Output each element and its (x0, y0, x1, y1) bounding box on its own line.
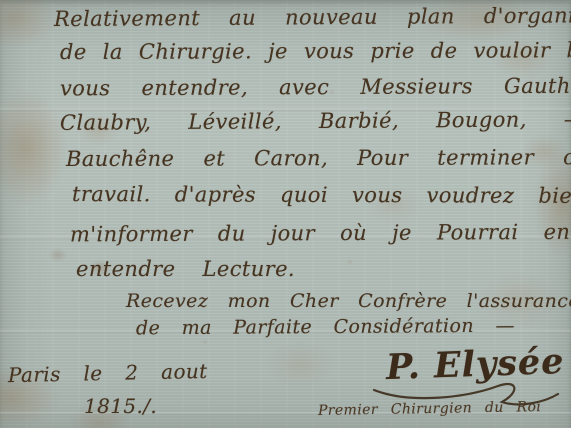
letter-line: de la Chirurgie. je vous prie de vouloir… (60, 38, 571, 64)
letter-line: Bauchêne et Caron, Pour terminer ce — (66, 145, 571, 171)
letter-line: Claubry, Léveillé, Barbié, Bougon, — (60, 107, 571, 135)
letter-line: travail. d'après quoi vous voudrez bien … (72, 182, 571, 208)
letter-scan: Relativement au nouveau plan d'organisat… (0, 0, 571, 428)
dateline-place: Paris le 2 aout (8, 359, 208, 387)
letter-closing-line: de ma Parfaite Considération — (136, 315, 515, 340)
letter-line: Relativement au nouveau plan d'organisat… (54, 3, 571, 31)
letter-line: vous entendre, avec Messieurs Gauthier, (60, 74, 571, 101)
letter-line: entendre Lecture. (76, 257, 295, 281)
letter-line: m'informer du jour où je Pourrai en — (70, 220, 571, 247)
letter-closing-line: Recevez mon Cher Confrère l'assurance (126, 290, 571, 312)
dateline-year: 1815./. (84, 394, 157, 418)
